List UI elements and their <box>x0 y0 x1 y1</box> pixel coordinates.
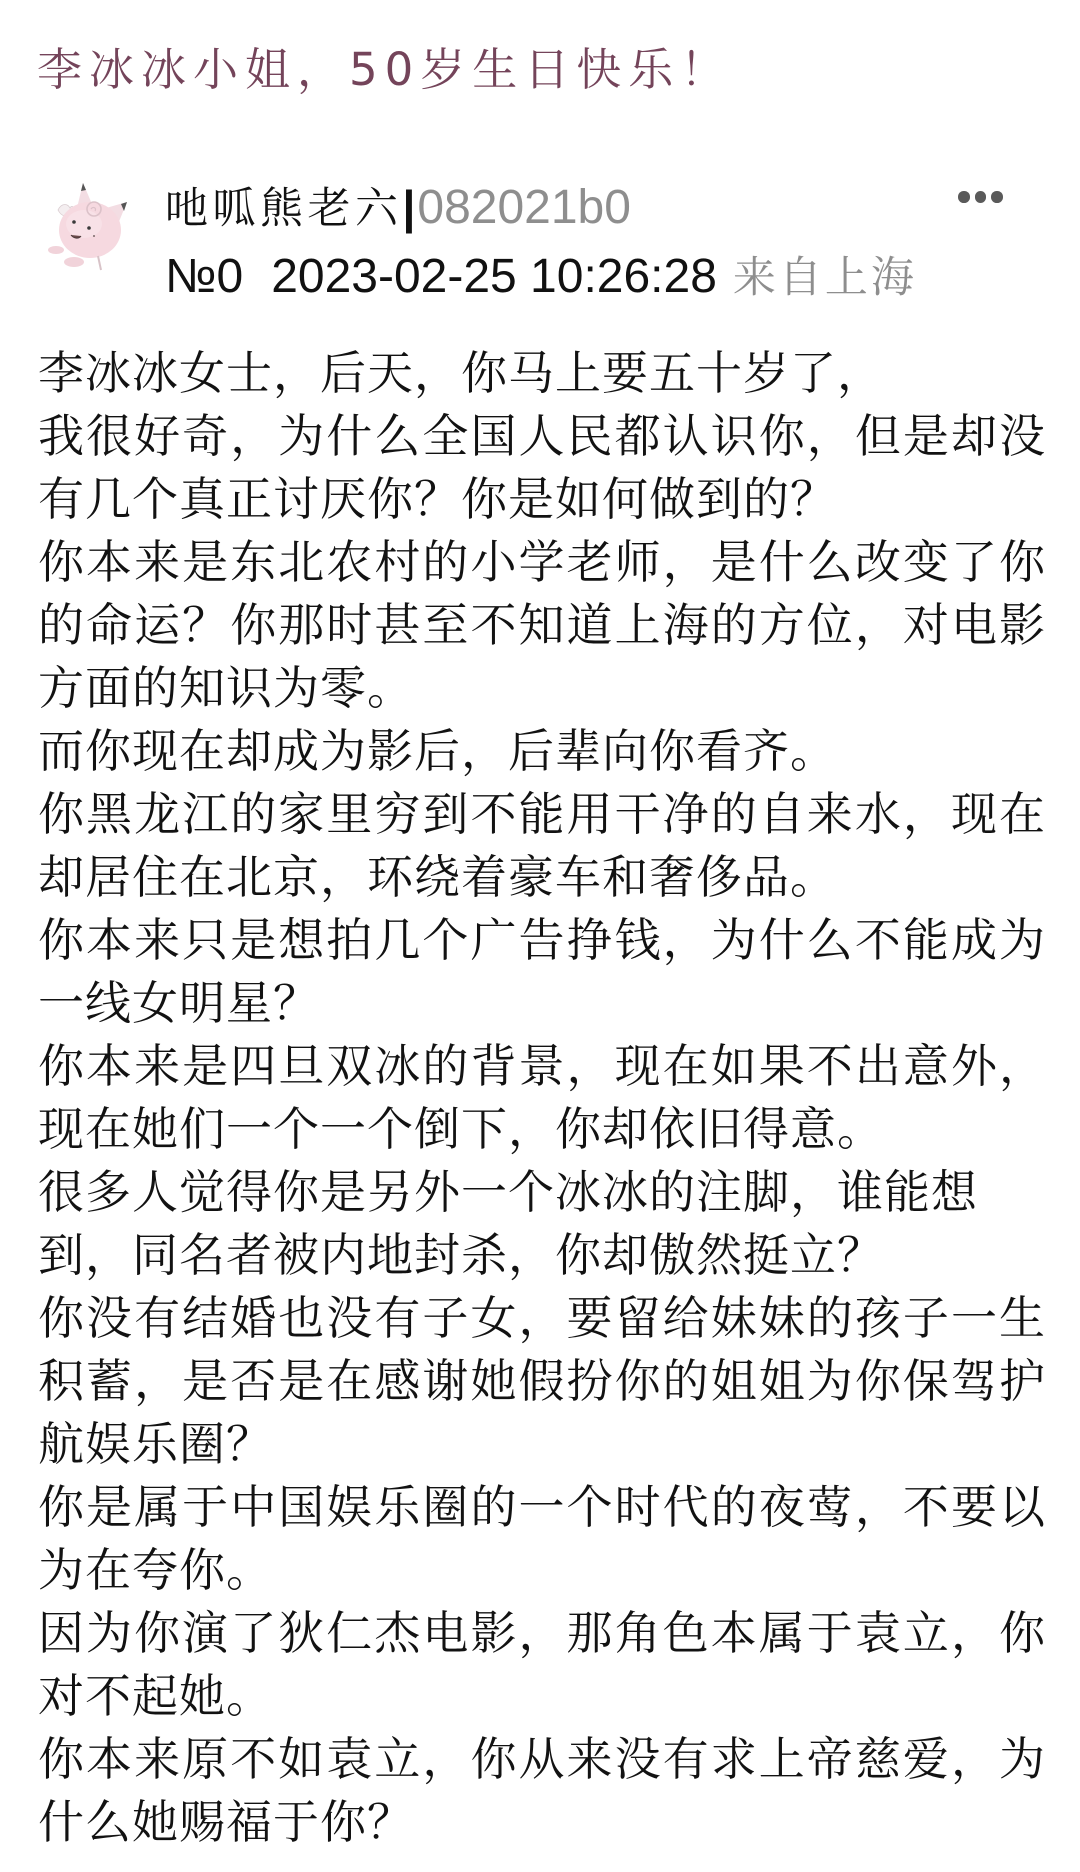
body-line: 积蓄，是否是在感谢她假扮你的姐姐为你保驾护 <box>38 1350 1046 1413</box>
body-line: 你本来是四旦双冰的背景，现在如果不出意外， <box>38 1035 1046 1098</box>
post-datetime: 2023-02-25 10:26:28 <box>271 250 717 303</box>
body-line: 很多人觉得你是另外一个冰冰的注脚，谁能想 <box>38 1161 1046 1224</box>
body-line: 你是属于中国娱乐圈的一个时代的夜莺，不要以 <box>38 1476 1046 1539</box>
body-line: 你本来是东北农村的小学老师，是什么改变了你 <box>38 531 1046 594</box>
paragraph: 因为你演了狄仁杰电影，那角色本属于袁立，你 对不起她。 <box>38 1602 1046 1728</box>
body-line: 李冰冰女士，后天，你马上要五十岁了， <box>38 342 1046 405</box>
body-line: 有几个真正讨厌你？你是如何做到的？ <box>38 468 1046 531</box>
body-line: 因为你演了狄仁杰电影，那角色本属于袁立，你 <box>38 1602 1046 1665</box>
floor-number: №0 <box>165 250 243 303</box>
paragraph: 李冰冰女士，后天，你马上要五十岁了， <box>38 342 1046 405</box>
paragraph: 我很好奇，为什么全国人民都认识你，但是却没 有几个真正讨厌你？你是如何做到的？ <box>38 405 1046 531</box>
body-line: 对不起她。 <box>38 1665 1046 1728</box>
more-dots-icon <box>958 191 970 203</box>
more-dots-icon <box>991 191 1003 203</box>
paragraph: 你没有结婚也没有子女，要留给妹妹的孩子一生 积蓄，是否是在感谢她假扮你的姐姐为你… <box>38 1287 1046 1476</box>
paragraph: 你本来只是想拍几个广告挣钱，为什么不能成为 一线女明星？ <box>38 909 1046 1035</box>
paragraph: 你本来是四旦双冰的背景，现在如果不出意外， 现在她们一个一个倒下，你却依旧得意。 <box>38 1035 1046 1161</box>
author-separator: | <box>403 181 416 233</box>
post-meta: №02023-02-25 10:26:28来自上海 <box>165 252 917 302</box>
author-avatar[interactable] <box>44 178 136 274</box>
body-line: 你黑龙江的家里穷到不能用干净的自来水，现在 <box>38 783 1046 846</box>
author-name-link[interactable]: 吔呱熊老六 <box>165 184 403 234</box>
paragraph: 很多人觉得你是另外一个冰冰的注脚，谁能想 到，同名者被内地封杀，你却傲然挺立？ <box>38 1161 1046 1287</box>
paragraph: 你本来原不如袁立，你从来没有求上帝慈爱，为 什么她赐福于你？ <box>38 1728 1046 1854</box>
body-line: 方面的知识为零。 <box>38 657 1046 720</box>
body-line: 到，同名者被内地封杀，你却傲然挺立？ <box>38 1224 1046 1287</box>
body-line: 一线女明星？ <box>38 972 1046 1035</box>
body-line: 而你现在却成为影后，后辈向你看齐。 <box>38 720 1046 783</box>
more-dots-icon <box>975 191 987 203</box>
post-location: 来自上海 <box>733 253 917 303</box>
post-title: 李冰冰小姐，50岁生日快乐！ <box>37 40 732 100</box>
body-line: 什么她赐福于你？ <box>38 1791 1046 1854</box>
body-line: 航娱乐圈？ <box>38 1413 1046 1476</box>
paragraph: 你本来是东北农村的小学老师，是什么改变了你 的命运？你那时甚至不知道上海的方位，… <box>38 531 1046 720</box>
paragraph: 而你现在却成为影后，后辈向你看齐。 <box>38 720 1046 783</box>
body-line: 却居住在北京，环绕着豪车和奢侈品。 <box>38 846 1046 909</box>
clefairy-avatar-icon <box>44 178 136 274</box>
author-line: 吔呱熊老六|082021b0 <box>165 182 631 232</box>
body-line: 你没有结婚也没有子女，要留给妹妹的孩子一生 <box>38 1287 1046 1350</box>
post-body: 李冰冰女士，后天，你马上要五十岁了， 我很好奇，为什么全国人民都认识你，但是却没… <box>38 342 1046 1854</box>
body-line: 你本来原不如袁立，你从来没有求上帝慈爱，为 <box>38 1728 1046 1791</box>
body-line: 为在夸你。 <box>38 1539 1046 1602</box>
paragraph: 你黑龙江的家里穷到不能用干净的自来水，现在 却居住在北京，环绕着豪车和奢侈品。 <box>38 783 1046 909</box>
body-line: 你本来只是想拍几个广告挣钱，为什么不能成为 <box>38 909 1046 972</box>
paragraph: 你是属于中国娱乐圈的一个时代的夜莺，不要以 为在夸你。 <box>38 1476 1046 1602</box>
body-line: 现在她们一个一个倒下，你却依旧得意。 <box>38 1098 1046 1161</box>
body-line: 的命运？你那时甚至不知道上海的方位，对电影 <box>38 594 1046 657</box>
author-user-id: 082021b0 <box>417 181 631 234</box>
more-options-button[interactable] <box>958 186 1012 208</box>
body-line: 我很好奇，为什么全国人民都认识你，但是却没 <box>38 405 1046 468</box>
